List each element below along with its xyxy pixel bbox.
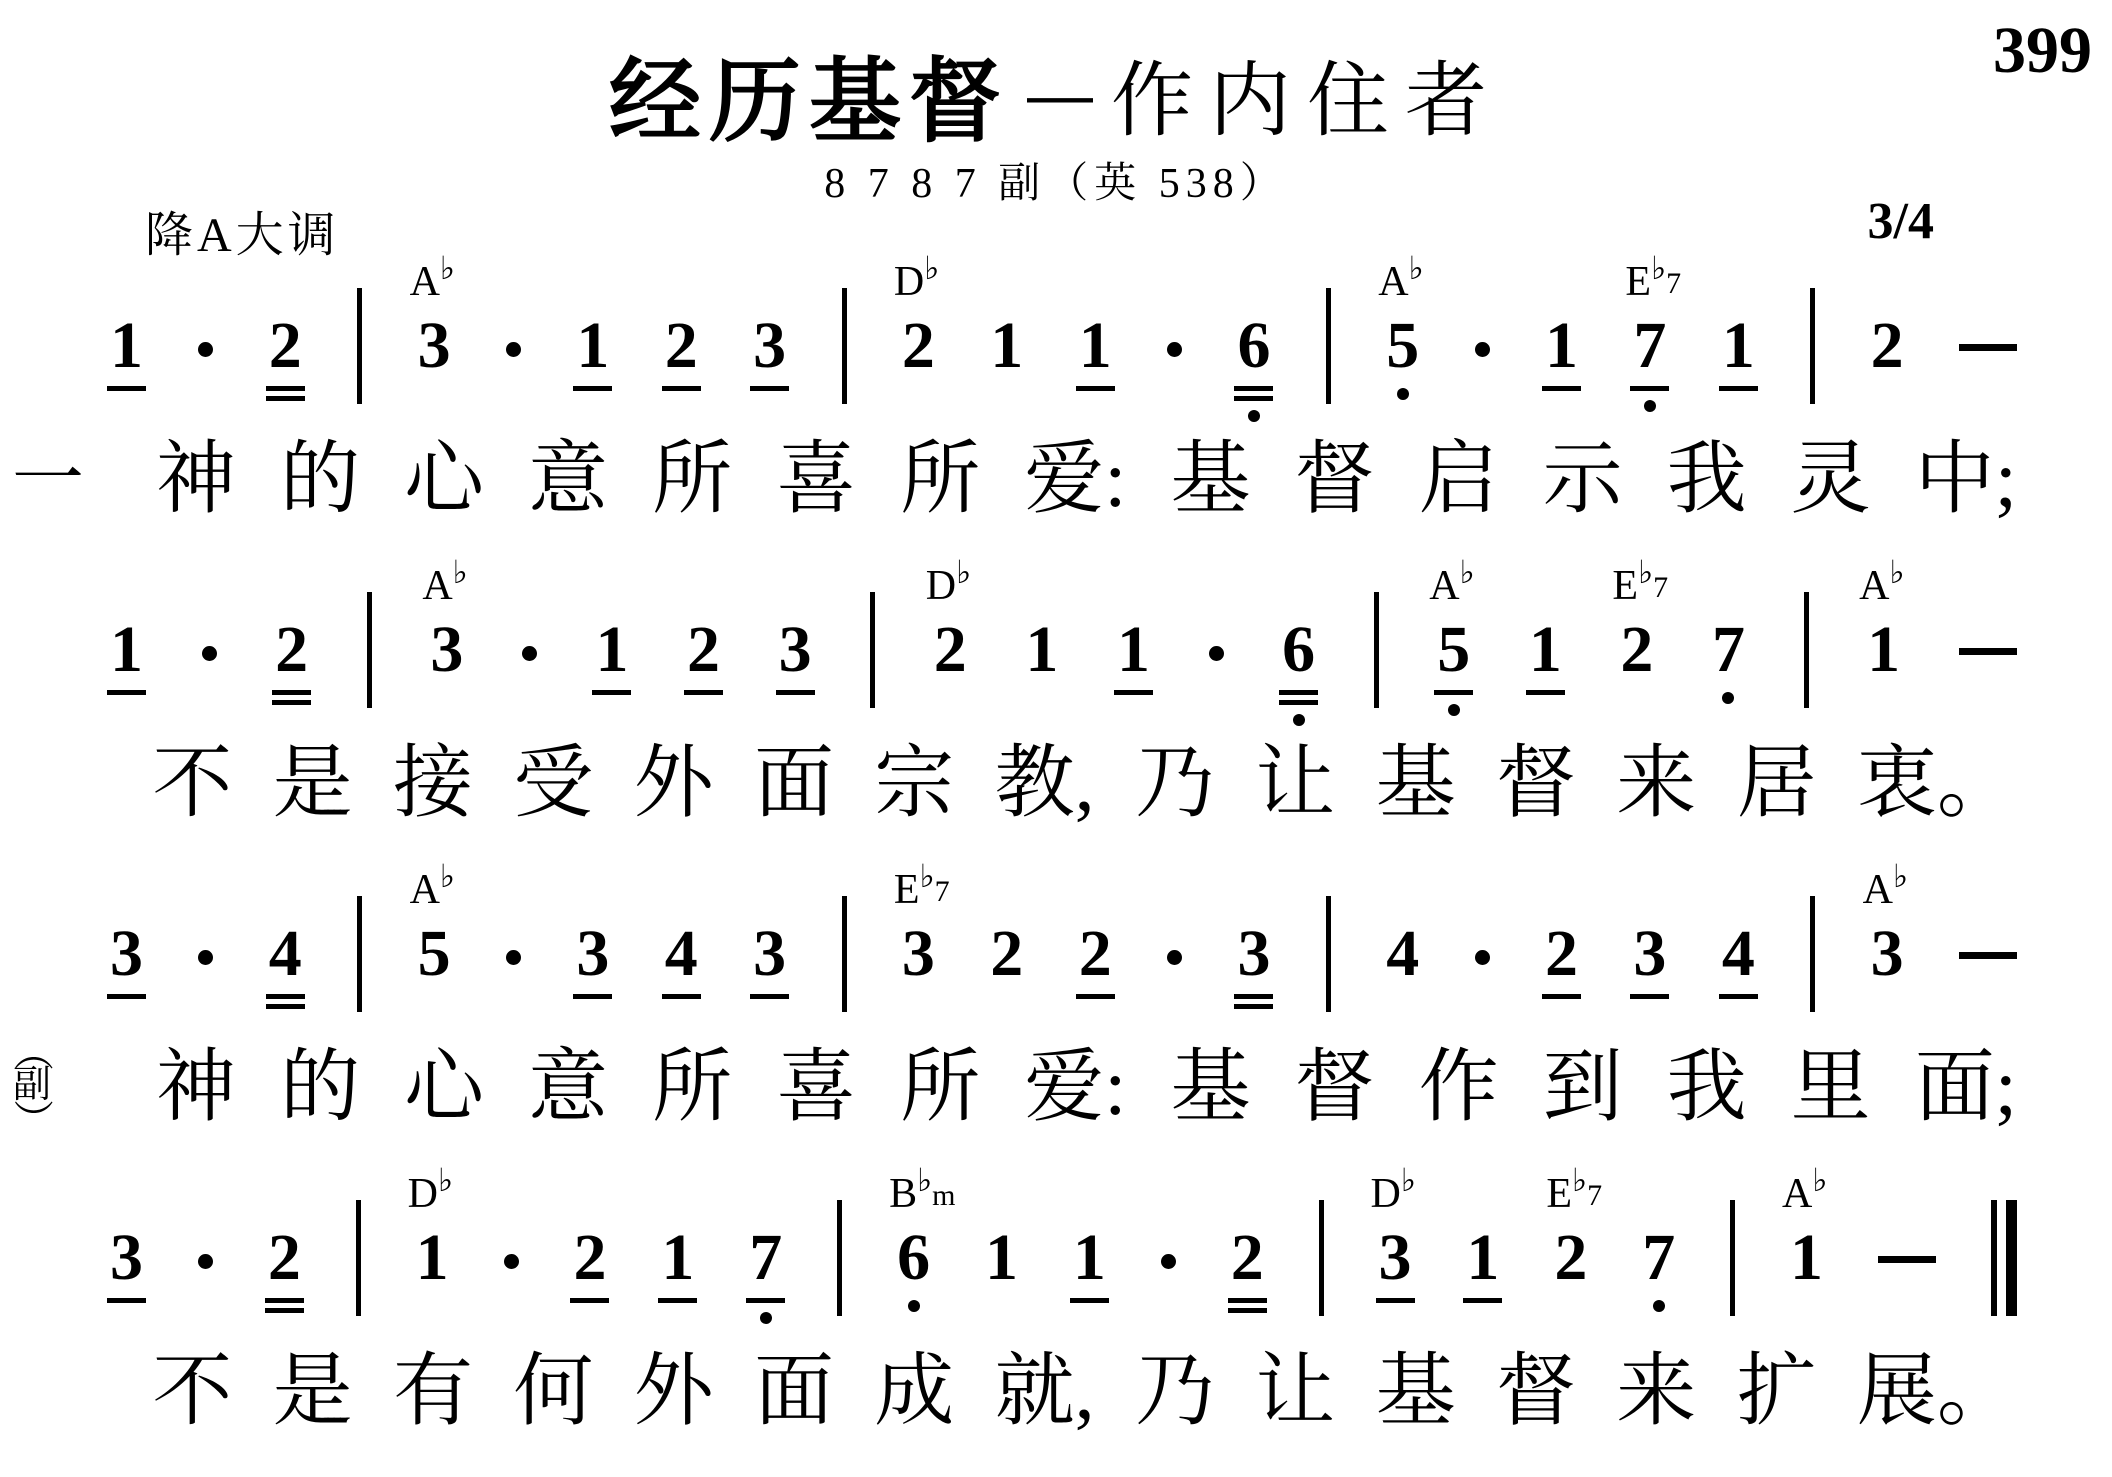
low-octave-dot [1293,714,1305,726]
note: 2 [665,312,698,380]
duration-underline [1234,1004,1273,1009]
sustain-dash [1959,344,2017,351]
note: 1 [1117,616,1150,684]
duration-underline [746,1298,785,1303]
lyric-character: 外 [634,1342,714,1442]
note: 3A♭ [1871,920,1904,988]
note: 2 [573,1224,606,1292]
chord-root: A [1863,867,1893,913]
duration-underline [750,994,789,999]
note: 1 [1545,312,1578,380]
flat-symbol: ♭ [1889,554,1904,590]
note-number: 4 [269,920,302,988]
note: 1 [1073,1224,1106,1292]
duration-underline [272,690,311,695]
lyric-character: 督 [1295,1038,1375,1138]
duration-underline [1526,690,1565,695]
chord-label: B♭m [889,1164,955,1215]
lyric-character: 成 [874,1342,954,1442]
note: 4 [1386,920,1419,988]
lyric-character: 就, [995,1342,1095,1442]
chord-label: A♭ [410,860,455,911]
barline [842,896,847,1012]
barline [1374,592,1379,708]
lyric-character: 喜 [776,430,856,530]
note-number: 2 [687,616,720,684]
chord-label: D♭ [408,1164,453,1215]
chord-root: B [889,1171,917,1217]
note-number: 1 [1722,312,1755,380]
chord-suffix: 7 [1653,571,1668,604]
duration-underline [592,690,631,695]
flat-symbol: ♭ [917,1162,932,1198]
lyric-character: 教, [995,734,1095,834]
chord-suffix: m [932,1179,955,1212]
note-number: 1 [1529,616,1562,684]
low-octave-dot [908,1300,920,1312]
note-number: 3 [110,1224,143,1292]
chorus-marker-char: 副 [13,1067,51,1103]
note: 1 [576,312,609,380]
chord-root: A [1859,563,1889,609]
note-number: 1 [1025,616,1058,684]
note: 2E♭7 [1620,616,1653,684]
lyric-character: 里 [1791,1038,1871,1138]
vertical-paren: ） [16,1099,48,1139]
note: 2D♭ [902,312,935,380]
music-line: 345A♭3433E♭722342343A♭ [0,858,2112,1018]
note-number: 1 [1073,1224,1106,1292]
lyric-character: 基 [1376,1342,1456,1442]
barline [1326,288,1331,404]
lyric-character: 基 [1171,1038,1251,1138]
note-number: 6 [1237,312,1270,380]
duration-underline [1228,1298,1267,1303]
lyric-character: 意 [528,430,608,530]
note-number: 2 [1620,616,1653,684]
lyric-character: 不 [152,734,232,834]
note-number: 2 [665,312,698,380]
duration-underline [266,386,305,391]
note-number: 2 [1231,1224,1264,1292]
note-number: 3 [753,312,786,380]
lyric-character: 的 [280,430,360,530]
augmentation-dot [198,342,213,357]
sustain-dash [1959,648,2017,655]
low-octave-dot [1448,704,1460,716]
low-octave-dot [1653,1300,1665,1312]
lyric-character: 中; [1915,430,2017,530]
note-number: 1 [990,312,1023,380]
lyric-character: 爱: [1024,430,1126,530]
note-number: 1 [1466,1224,1499,1292]
note-number: 1 [985,1224,1018,1292]
duration-underline [266,396,305,401]
chord-root: A [1782,1171,1812,1217]
lyric-line: 不是有何外面成就,乃让基督来扩展。 [0,1342,2112,1442]
note-number: 2 [268,1224,301,1292]
note-number: 1 [416,1224,449,1292]
note-number: 2 [269,312,302,380]
hymn-title-subtitle: 作内住者 [1111,56,1503,147]
note: 7E♭7 [1633,312,1666,380]
lyric-character: 宗 [874,734,954,834]
augmentation-dot [1167,342,1182,357]
barline [842,288,847,404]
augmentation-dot [504,1254,519,1269]
note-number: 3 [430,616,463,684]
lyric-character: 所 [900,1038,980,1138]
lyric-line: 不是接受外面宗教,乃让基督来居衷。 [0,734,2112,834]
note: 3E♭7 [902,920,935,988]
note: 2 [687,616,720,684]
duration-underline [1463,1298,1502,1303]
note-number: 1 [1867,616,1900,684]
note-number: 5 [1386,312,1419,380]
chord-suffix: 7 [1666,267,1681,300]
low-octave-dot [1722,692,1734,704]
note-number: 1 [110,616,143,684]
lyric-character: 受 [513,734,593,834]
sustain-dash [1878,1256,1936,1263]
duration-underline [1376,1298,1415,1303]
note-number: 2 [1554,1224,1587,1292]
duration-underline [1542,994,1581,999]
note-number: 1 [595,616,628,684]
augmentation-dot [522,646,537,661]
note: 1A♭ [1867,616,1900,684]
music-line: 123A♭1232D♭1165A♭12E♭771A♭ [0,554,2112,714]
lyric-character: 让 [1255,734,1335,834]
flat-symbol: ♭ [1893,858,1908,894]
chord-root: E [1612,563,1638,609]
chord-root: D [1371,1171,1401,1217]
augmentation-dot [198,1254,213,1269]
augmentation-dot [1475,342,1490,357]
barline [870,592,875,708]
augmentation-dot [1475,950,1490,965]
final-barline [1991,1200,2017,1316]
lyric-character: 所 [652,1038,732,1138]
augmentation-dot [1209,646,1224,661]
duration-underline [1228,1308,1267,1313]
note-number: 7 [749,1224,782,1292]
low-octave-dot [1644,400,1656,412]
chord-root: E [1546,1171,1572,1217]
chord-root: A [1378,259,1408,305]
hymn-title-main: 经历基督 [609,51,1009,153]
note: 1 [661,1224,694,1292]
note-number: 7 [1712,616,1745,684]
chord-root: A [410,867,440,913]
note-number: 1 [110,312,143,380]
note: 1 [985,1224,1018,1292]
chord-label: A♭ [1863,860,1908,911]
note-number: 3 [576,920,609,988]
music-line: 123A♭1232D♭1165A♭17E♭712 [0,250,2112,410]
note: 2 [269,312,302,380]
chord-label: E♭7 [1612,556,1668,607]
duration-underline [662,386,701,391]
note: 5A♭ [1437,616,1470,684]
lyric-character: 到 [1543,1038,1623,1138]
note: 2 [990,920,1023,988]
duration-underline [573,386,612,391]
note: 5A♭ [1386,312,1419,380]
duration-underline [1279,700,1318,705]
note-number: 1 [576,312,609,380]
note: 2 [1871,312,1904,380]
note: 1 [1025,616,1058,684]
chord-label: E♭7 [1546,1164,1602,1215]
note: 3 [1633,920,1666,988]
barline [837,1200,842,1316]
final-barline-thick [2006,1200,2017,1316]
barline [1810,896,1815,1012]
chord-suffix: 7 [1587,1179,1602,1212]
chord-root: E [894,867,920,913]
duration-underline [1076,386,1115,391]
music-systems: 123A♭1232D♭1165A♭17E♭712一神的心意所喜所爱:基督启示我灵… [0,250,2112,1466]
flat-symbol: ♭ [440,250,455,286]
duration-underline [662,994,701,999]
lyric-character: 启 [1419,430,1499,530]
lyric-character: 心 [404,1038,484,1138]
chord-label: E♭7 [1625,252,1681,303]
note-number: 3 [1379,1224,1412,1292]
flat-symbol: ♭ [1812,1162,1827,1198]
lyric-character: 有 [393,1342,473,1442]
duration-underline [1719,386,1758,391]
hymn-sheet-page: 399 经历基督—作内住者 8 7 8 7 副（英 538） 降A大调 3/4 … [0,0,2112,1477]
note: 3 [753,312,786,380]
low-octave-dot [1397,388,1409,400]
duration-underline [1070,1298,1109,1303]
note: 3A♭ [418,312,451,380]
lyric-character: 面 [754,1342,834,1442]
note: 3 [576,920,609,988]
lyric-character: 所 [652,430,732,530]
note-number: 2 [1545,920,1578,988]
note: 4 [1722,920,1755,988]
note-number: 1 [1117,616,1150,684]
chord-root: A [422,563,452,609]
note-number: 5 [418,920,451,988]
note-number: 3 [779,616,812,684]
note: 3 [753,920,786,988]
duration-underline [1234,386,1273,391]
note-number: 7 [1633,312,1666,380]
duration-underline [570,1298,609,1303]
note: 1 [1079,312,1112,380]
time-signature: 3/4 [1868,192,1934,251]
low-octave-dot [760,1312,772,1324]
duration-underline [1234,396,1273,401]
duration-underline [1279,690,1318,695]
duration-underline [658,1298,697,1303]
chord-label: A♭ [1378,252,1423,303]
augmentation-dot [506,342,521,357]
note-number: 3 [1237,920,1270,988]
barline [357,896,362,1012]
augmentation-dot [506,950,521,965]
lyric-character: 展。 [1857,1342,2017,1442]
note-number: 1 [1079,312,1112,380]
duration-underline [107,690,146,695]
duration-underline [684,690,723,695]
chord-root: D [926,563,956,609]
duration-underline [272,700,311,705]
lyric-character: 所 [900,430,980,530]
duration-underline [1719,994,1758,999]
flat-symbol: ♭ [453,554,468,590]
lyric-character: 意 [528,1038,608,1138]
note-number: 7 [1642,1224,1675,1292]
note-number: 3 [110,920,143,988]
note: 5A♭ [418,920,451,988]
duration-underline [107,1298,146,1303]
lyric-character: 心 [404,430,484,530]
lyric-character: 接 [393,734,473,834]
duration-underline [750,386,789,391]
duration-underline [1630,994,1669,999]
note: 1 [110,312,143,380]
note: 3 [1237,920,1270,988]
lyric-character: 是 [273,734,353,834]
flat-symbol: ♭ [440,858,455,894]
lyric-character: 来 [1616,734,1696,834]
note-number: 3 [902,920,935,988]
duration-underline [107,994,146,999]
augmentation-dot [1161,1254,1176,1269]
flat-symbol: ♭ [920,858,935,894]
note-number: 1 [1790,1224,1823,1292]
lyric-character: 基 [1171,430,1251,530]
lyric-character: 是 [273,1342,353,1442]
note: 3 [779,616,812,684]
note-number: 2 [275,616,308,684]
lyric-character: 何 [513,1342,593,1442]
music-line: 321D♭2176B♭m1123D♭12E♭771A♭ [0,1162,2112,1322]
note-number: 2 [990,920,1023,988]
duration-underline [265,1298,304,1303]
duration-underline [1542,386,1581,391]
lyric-character: 作 [1419,1038,1499,1138]
note-number: 2 [573,1224,606,1292]
final-barline-thin [1991,1200,1997,1316]
duration-underline [265,1308,304,1313]
note: 2E♭7 [1554,1224,1587,1292]
lyric-character: 扩 [1737,1342,1817,1442]
note-number: 3 [418,312,451,380]
note: 1 [1529,616,1562,684]
flat-symbol: ♭ [438,1162,453,1198]
lyric-character: 督 [1496,1342,1576,1442]
lyric-character: 我 [1667,430,1747,530]
flat-symbol: ♭ [1572,1162,1587,1198]
barline [356,1200,361,1316]
chord-label: D♭ [926,556,971,607]
lyric-character: 让 [1255,1342,1335,1442]
chord-root: D [408,1171,438,1217]
verse-number-marker: 一 [12,444,84,516]
chord-label: A♭ [1429,556,1474,607]
duration-underline [107,386,146,391]
low-octave-dot [1248,410,1260,422]
duration-underline [1234,994,1273,999]
lyric-character: 面; [1915,1038,2017,1138]
note-number: 2 [934,616,967,684]
lyric-character: 神 [156,430,236,530]
lyric-character: 神 [156,1038,236,1138]
augmentation-dot [198,950,213,965]
vertical-paren: （ [16,1031,48,1071]
note-number: 3 [1633,920,1666,988]
note: 3 [110,1224,143,1292]
note: 1 [595,616,628,684]
chord-label: A♭ [422,556,467,607]
chorus-marker: （副） [12,1035,52,1135]
sustain-dash [1959,952,2017,959]
chord-label: D♭ [894,252,939,303]
lyric-character: 基 [1376,734,1456,834]
duration-underline [266,994,305,999]
note: 3A♭ [430,616,463,684]
flat-symbol: ♭ [1651,250,1666,286]
duration-underline [1434,690,1473,695]
flat-symbol: ♭ [1409,250,1424,286]
note: 2D♭ [934,616,967,684]
note: 2 [275,616,308,684]
lyric-character: 面 [754,734,834,834]
duration-underline [776,690,815,695]
lyric-marker-slot: 一 [12,444,112,516]
note-number: 4 [1386,920,1419,988]
duration-underline [266,1004,305,1009]
duration-underline [1114,690,1153,695]
note-number: 1 [1545,312,1578,380]
barline [1730,1200,1735,1316]
note-number: 5 [1437,616,1470,684]
note: 6 [1237,312,1270,380]
note: 1 [990,312,1023,380]
note: 3 [110,920,143,988]
note: 2 [1079,920,1112,988]
flat-symbol: ♭ [924,250,939,286]
note: 7 [1712,616,1745,684]
barline [1804,592,1809,708]
augmentation-dot [202,646,217,661]
flat-symbol: ♭ [1401,1162,1416,1198]
lyric-character: 居 [1737,734,1817,834]
chord-label: A♭ [410,252,455,303]
lyric-character: 督 [1295,430,1375,530]
duration-underline [1076,994,1115,999]
chord-root: A [1429,563,1459,609]
note-number: 2 [902,312,935,380]
lyric-character: 乃 [1135,1342,1215,1442]
chord-label: A♭ [1782,1164,1827,1215]
barline [1319,1200,1324,1316]
note: 2 [1231,1224,1264,1292]
barline [367,592,372,708]
lyric-character: 督 [1496,734,1576,834]
note: 7 [749,1224,782,1292]
note: 1A♭ [1790,1224,1823,1292]
lyric-marker-slot: （副） [12,1041,112,1135]
lyric-character: 灵 [1791,430,1871,530]
barline [1326,896,1331,1012]
